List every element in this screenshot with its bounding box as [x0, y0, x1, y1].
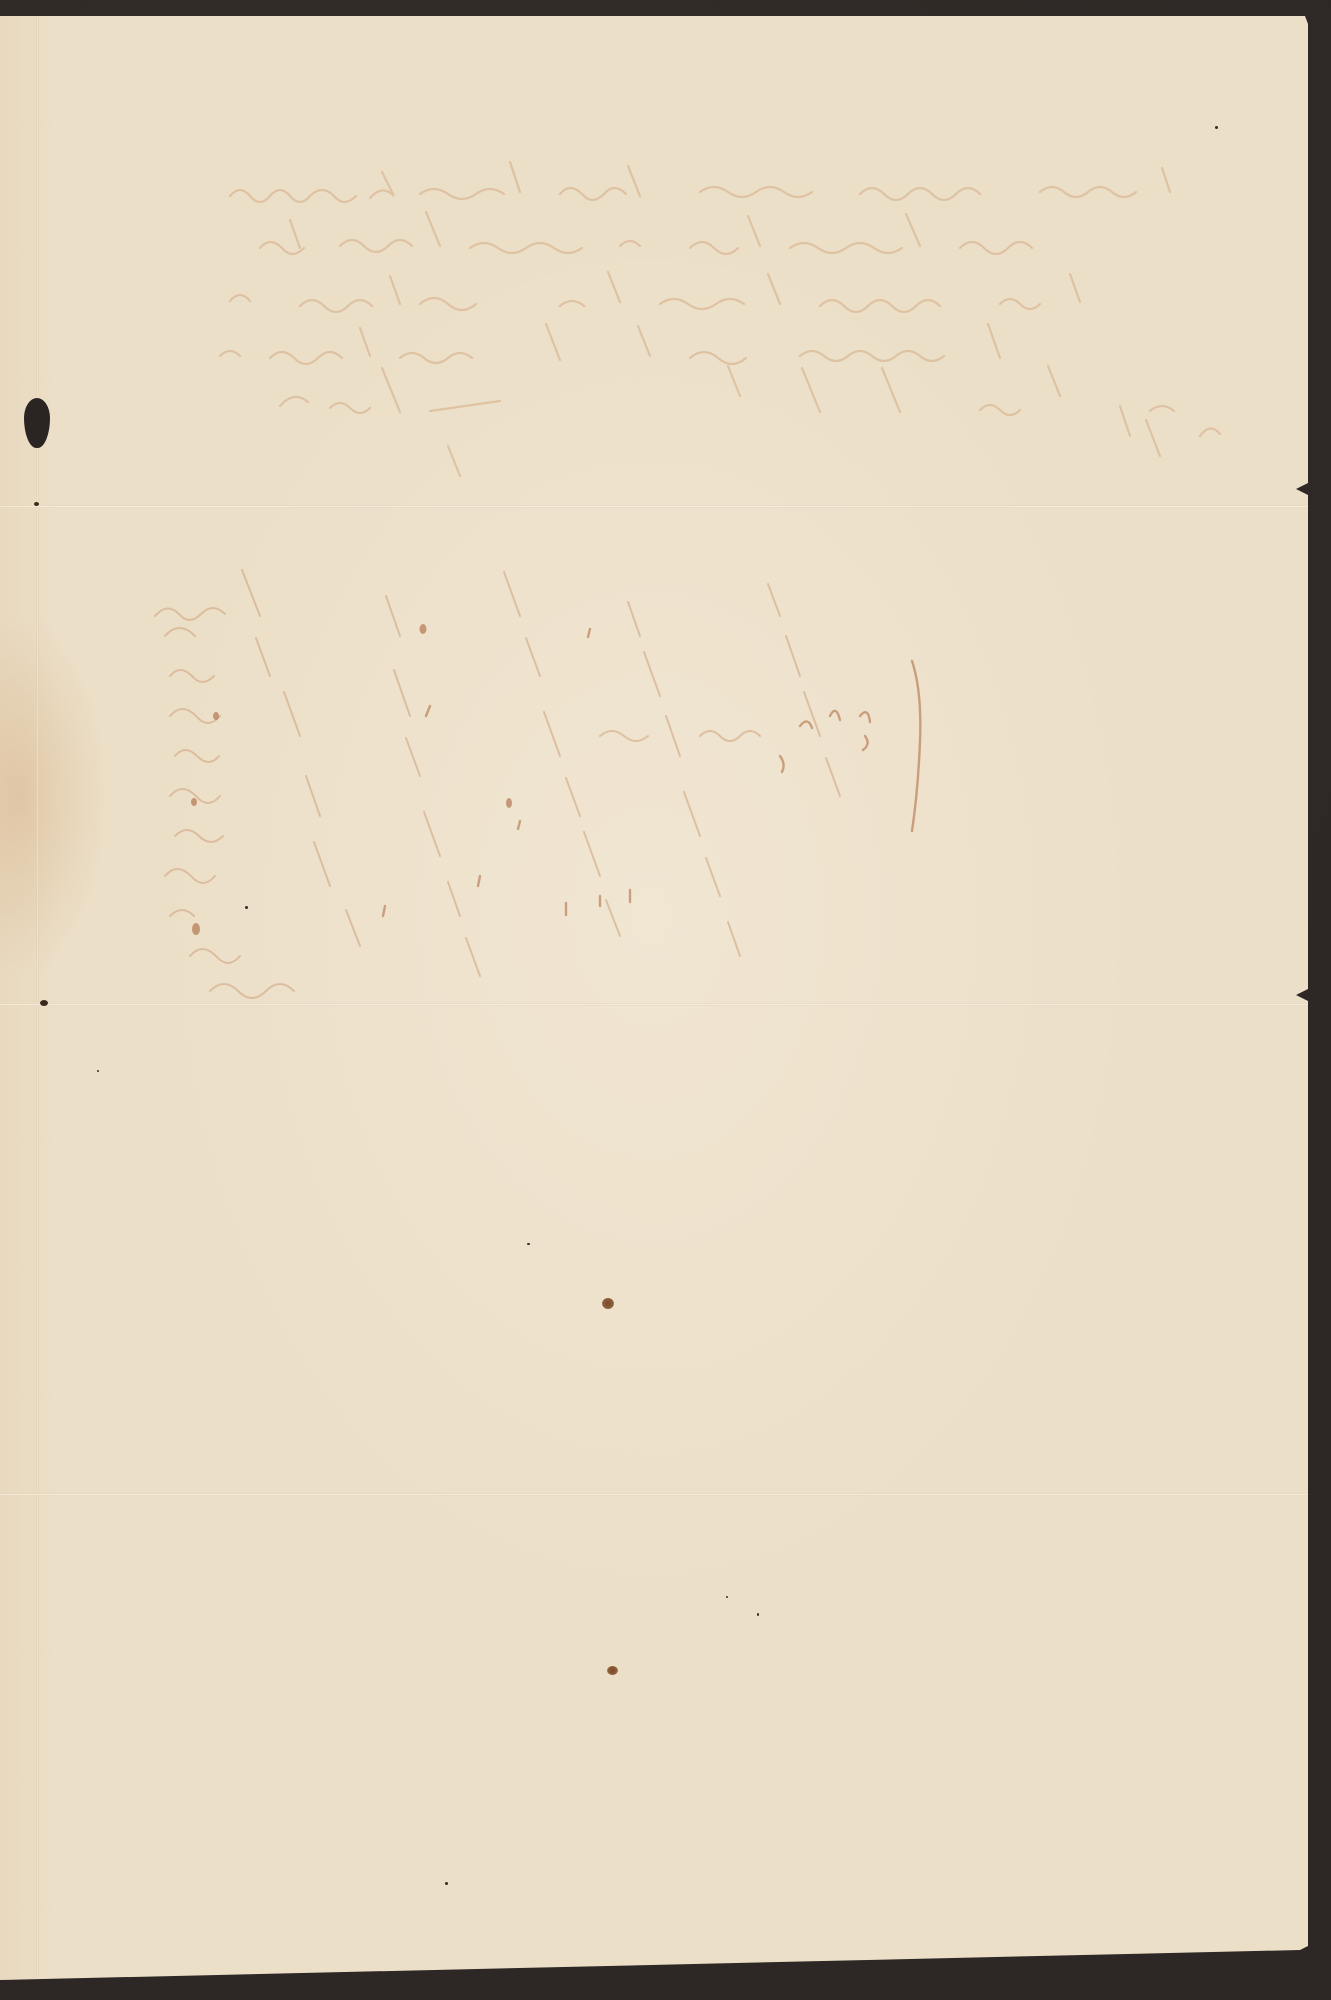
fold-speck [34, 502, 39, 506]
speck [97, 1070, 99, 1072]
speck [527, 1243, 530, 1245]
document-page [0, 16, 1308, 1980]
fold-line-2 [0, 1003, 1308, 1006]
ink-spot [607, 1666, 618, 1675]
speck [726, 1596, 728, 1598]
fold-line-1 [0, 505, 1308, 508]
ink-spot [602, 1298, 614, 1309]
speck [445, 1882, 448, 1885]
fold-line-3 [0, 1493, 1308, 1496]
paper-aging-tone [0, 16, 1308, 1980]
speck [245, 906, 248, 909]
speck [757, 1613, 759, 1616]
fold-speck [40, 1000, 48, 1006]
speck [1215, 126, 1218, 129]
vertical-fold-line [36, 16, 39, 1980]
